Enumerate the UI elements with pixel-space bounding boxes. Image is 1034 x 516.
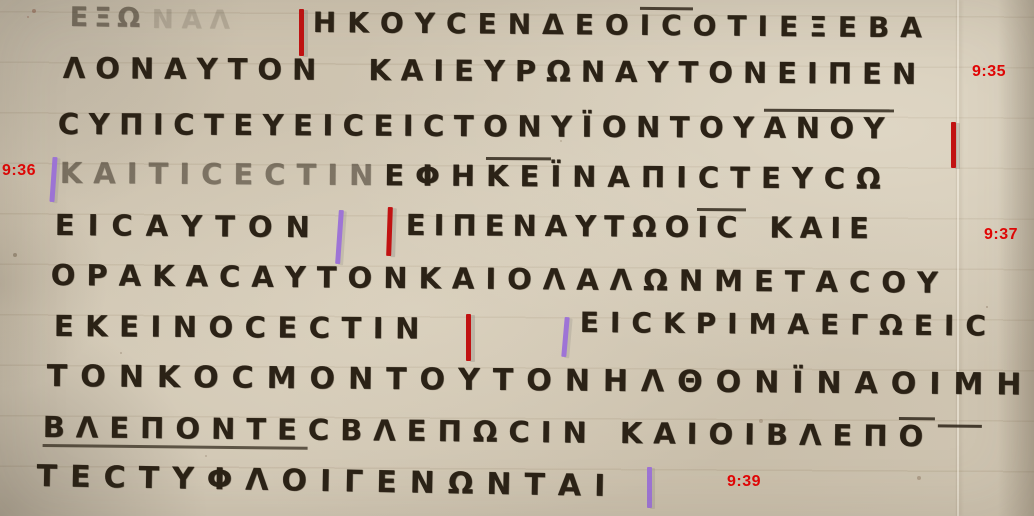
text-segment: ΤΡΙC: [893, 0, 995, 4]
red-verse-mark: [466, 314, 471, 361]
verse-label: 9:35: [972, 64, 1006, 80]
nomen-sacrum-text: ΙC: [697, 208, 745, 245]
purple-verse-mark: [561, 317, 569, 357]
manuscript-line: ΤΕCΤΥΦΛΟΙΓΕΝΩΝΤΑΙ: [36, 460, 618, 505]
manuscript-line: ΛΟΝΑΥΤΟΝΚΑΙΕΥΡΩΝΑΥΤΟΝΕΙΠΕΝ: [63, 52, 927, 91]
text-segment: ΤΕCΤΥΦΛΟΙΓΕΝΩΝΤΑΙ: [36, 460, 618, 505]
manuscript-photo: ΕΞΩΝΑΛΛΛΟΤΡΙCΗΚΟΥCΕΝΔΕΟΙCΟΤΙΕΞΕΒΑΛΟΝΑΥΤΟ…: [0, 0, 1034, 516]
purple-verse-mark: [49, 157, 57, 202]
text-segment: [937, 424, 981, 431]
manuscript-line: ΝΑΛ: [152, 6, 238, 37]
text-segment: ΕΞΩ: [70, 2, 147, 34]
manuscript-line: ΟΡΑΚΑCΑΥΤΟΝΚΑΙΟΛΑΛΩΝΜΕΤΑCΟΥ: [51, 259, 949, 300]
text-segment: ΕΙΠΕΝΑΥΤΩΟ: [406, 209, 698, 244]
verse-label: 9:39: [727, 474, 761, 490]
text-segment: ΕΙCΑΥΤΟΝ: [55, 209, 323, 245]
manuscript-line: ΕΚΕΙΝΟCΕCΤΙΝ: [54, 310, 431, 346]
text-segment: ΕΚΕΙΝΟCΕCΤΙΝ: [54, 310, 431, 346]
manuscript-line: ΒΛΕΠΟΝΤΕCΒΛΕΠΩCΙΝΚΑΙΟΙΒΛΕΠΟ: [43, 408, 982, 457]
red-verse-mark: [386, 207, 393, 256]
manuscript-line: ΕΙΠΕΝΑΥΤΩΟΙCΚΑΙΕ: [406, 206, 877, 246]
text-segment: ΪΝΑΠΙCΤΕΥCΩ: [550, 160, 892, 196]
text-segment: CΒΛΕΠΩCΙΝ: [308, 414, 598, 450]
manuscript-line: ΕΙCΑΥΤΟΝ: [55, 209, 323, 245]
nomen-sacrum-text: ΑΝΟΥ: [764, 109, 895, 146]
text-segment: ΟΤΙΕΞΕΒΑ: [693, 10, 934, 44]
text-segment: ΚΑΙΕ: [769, 212, 877, 246]
text-segment: ΚΑΙΕΥΡΩΝΑΥΤΟΝΕΙΠΕΝ: [368, 54, 926, 91]
parchment-specks: [0, 0, 2, 2]
nomen-sacrum-text: Ο: [898, 417, 934, 454]
text-segment: ΟΡΑΚΑCΑΥΤΟΝΚΑΙΟΛΑΛΩΝΜΕΤΑCΟΥ: [51, 259, 949, 300]
text-segment: ΚΑΙΟΙΒΛΕΠ: [620, 417, 899, 453]
red-verse-mark: [299, 9, 304, 56]
manuscript-line: ΕΞΩ: [70, 2, 147, 34]
nomen-sacrum-text: ΚΕ: [486, 157, 551, 194]
manuscript-line: ΗΚΟΥCΕΝΔΕΟΙCΟΤΙΕΞΕΒΑ: [313, 4, 933, 45]
manuscript-line: ΕΙCΚΡΙΜΑΕΓΩΕΙC: [580, 307, 997, 343]
text-segment: ΒΛΕΠΟΝΤΕ: [43, 411, 309, 450]
nomen-sacrum-text: ΙC: [640, 7, 693, 43]
text-segment: ΝΑΛ: [152, 6, 238, 37]
text-segment: CΥΠΙCΤΕΥΕΙCΕΙCΤΟΝΥΪΟΝΤΟΥ: [58, 108, 764, 145]
verse-label: 9:36: [2, 163, 36, 179]
text-segment: ΗΚΟΥCΕΝΔΕΟ: [313, 7, 640, 42]
manuscript-line: ΤΟΝΚΟCΜΟΝΤΟΥΤΟΝΗΛΘΟΝΪΝΑΟΙΜΗ: [47, 360, 1034, 403]
red-verse-mark: [951, 122, 956, 168]
text-segment: ΤΟΝΚΟCΜΟΝΤΟΥΤΟΝΗΛΘΟΝΪΝΑΟΙΜΗ: [47, 360, 1034, 403]
text-segment: ΚΑΙΤΙCΕCΤΙΝ: [60, 157, 385, 193]
text-segment: ΕΙCΚΡΙΜΑΕΓΩΕΙC: [580, 307, 997, 343]
text-segment: ΕΦΗ: [384, 159, 486, 193]
verse-label: 9:37: [984, 227, 1018, 243]
manuscript-line: ΚΑΙΤΙCΕCΤΙΝΕΦΗΚΕΪΝΑΠΙCΤΕΥCΩ: [60, 154, 892, 196]
text-segment: ΛΟΝΑΥΤΟΝ: [63, 52, 327, 87]
purple-verse-mark: [335, 210, 344, 264]
manuscript-line: CΥΠΙCΤΕΥΕΙCΕΙCΤΟΝΥΪΟΝΤΟΥΑΝΟΥ: [58, 105, 894, 146]
purple-verse-mark: [647, 467, 652, 508]
manuscript-line: ΤΡΙC: [893, 0, 995, 4]
